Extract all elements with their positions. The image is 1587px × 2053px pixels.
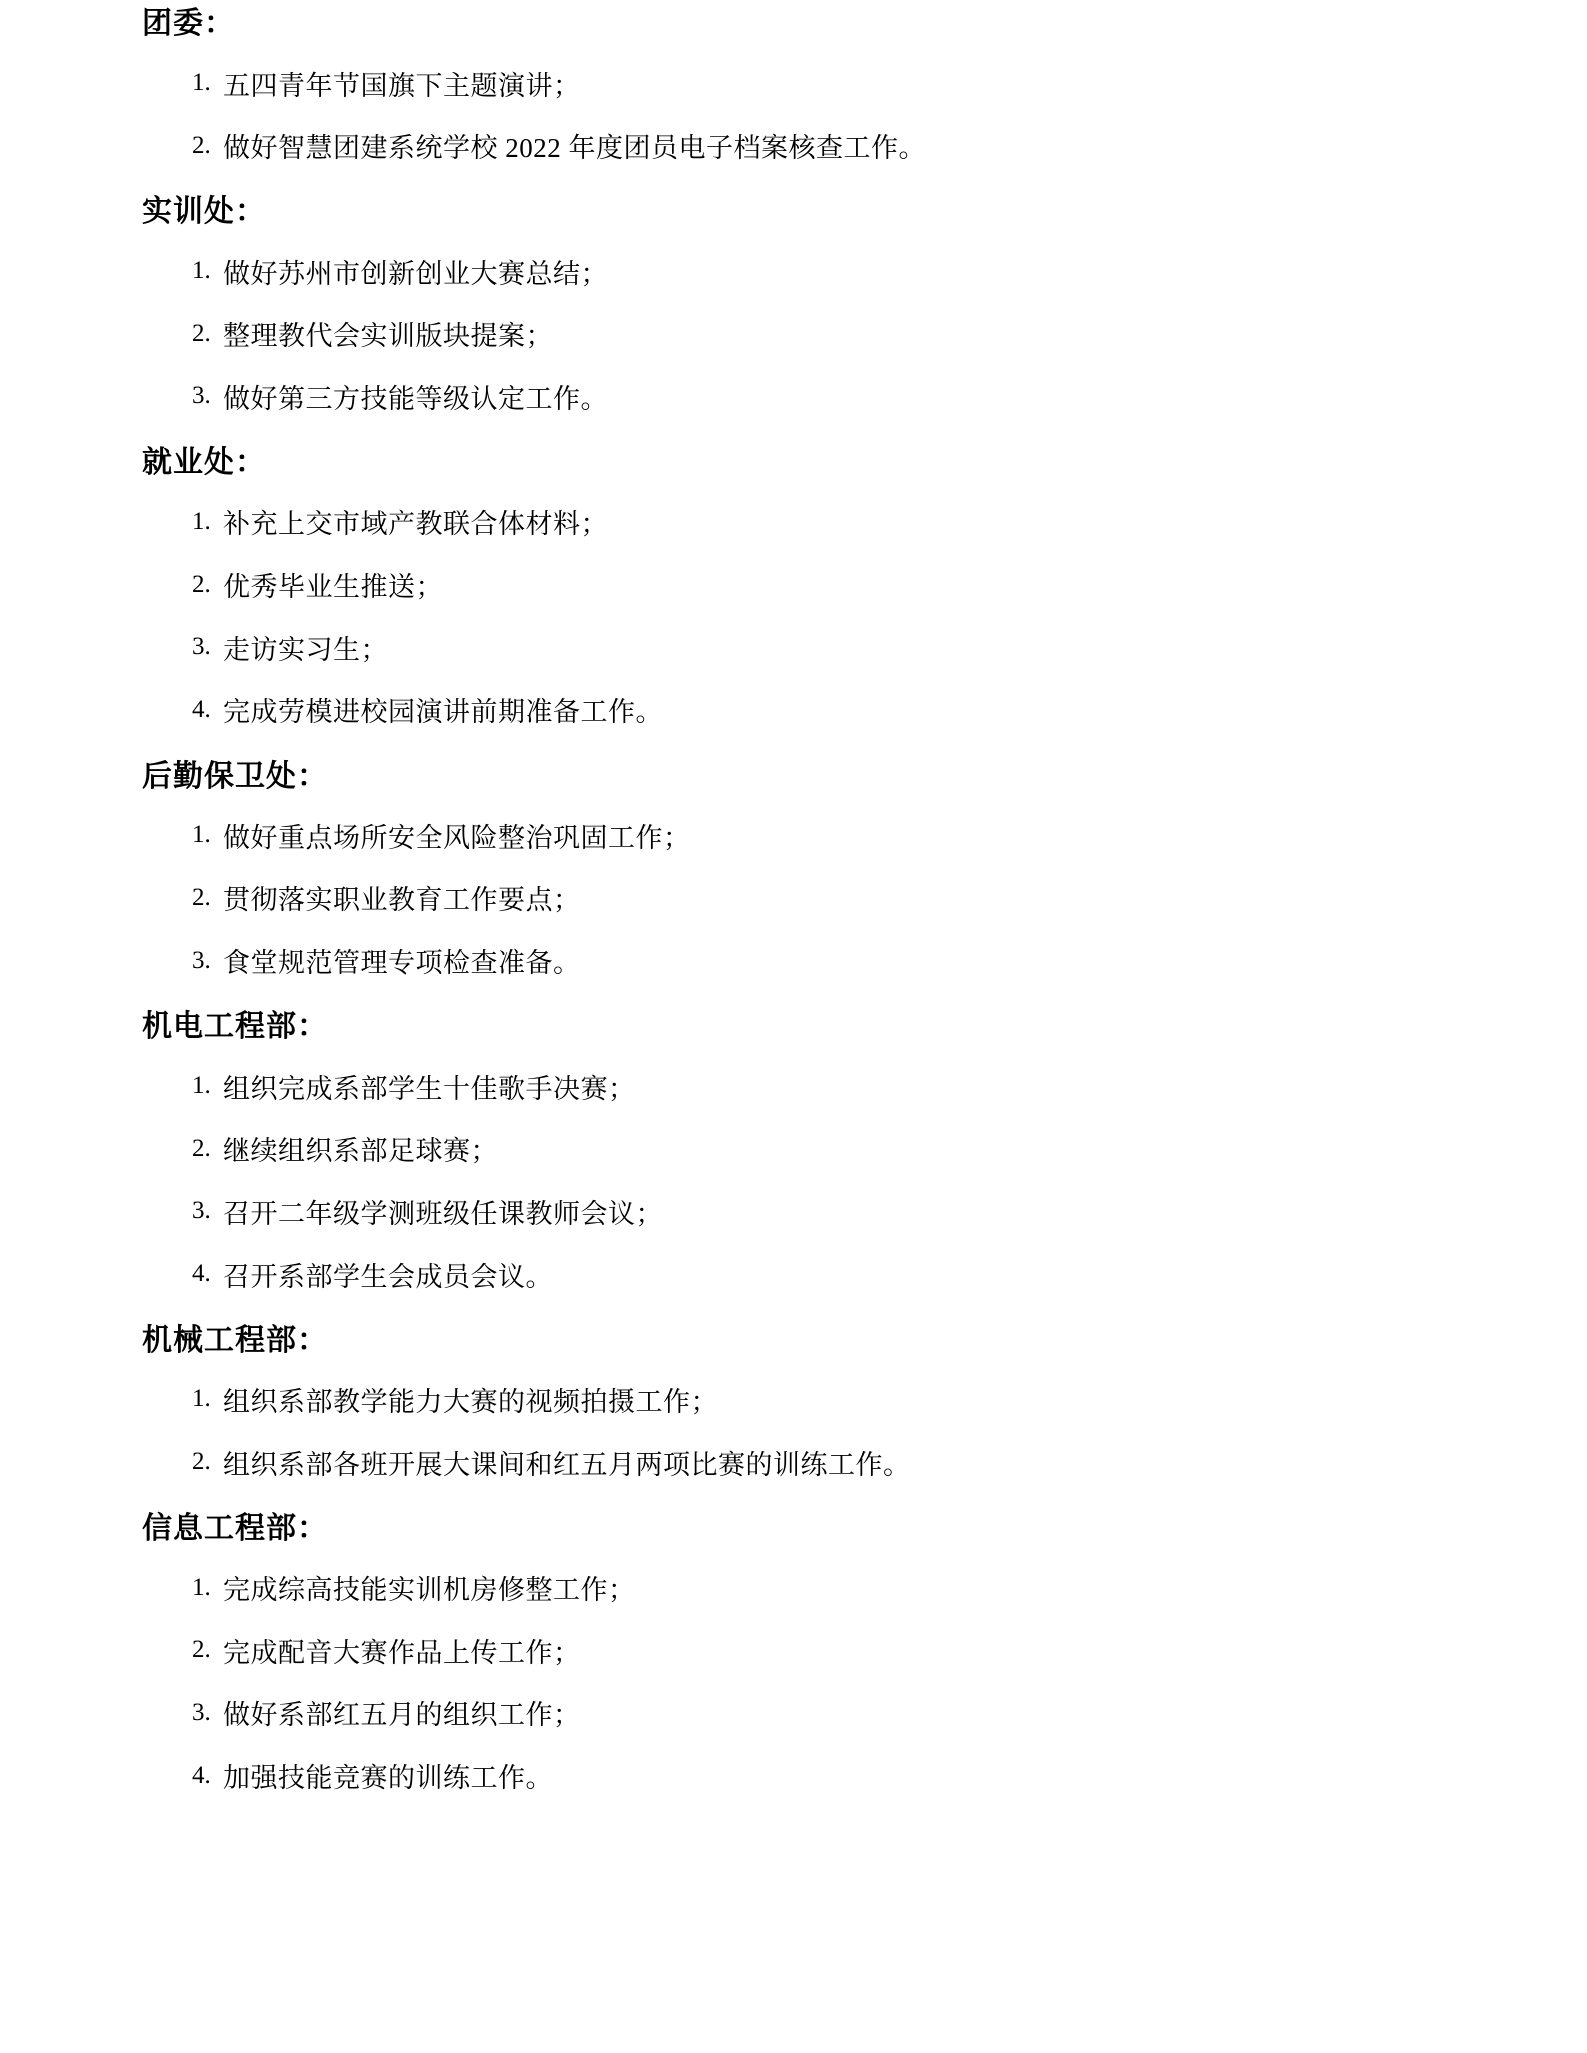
list-item-number: 3. xyxy=(192,1699,223,1727)
list-item-number: 3. xyxy=(192,947,223,975)
list-item-text: 召开二年级学测班级任课教师会议； xyxy=(223,1192,663,1231)
list-item-number: 3. xyxy=(192,633,223,661)
list-item-text: 做好智慧团建系统学校 2022 年度团员电子档案核查工作。 xyxy=(223,126,926,165)
list-item: 1. 做好苏州市创新创业大赛总结； xyxy=(142,240,1547,303)
section-heading-practical-training-office: 实训处： xyxy=(142,177,1547,240)
list-item-number: 1. xyxy=(192,257,223,285)
section-title: 信息工程部： xyxy=(142,1503,328,1547)
section-heading-youth-league-committee: 团委： xyxy=(142,0,1547,52)
list-item-number: 4. xyxy=(192,1762,223,1790)
list-item-text: 完成配音大赛作品上传工作； xyxy=(223,1631,581,1670)
list-item-text: 补充上交市域产教联合体材料； xyxy=(223,502,608,541)
document-page: 团委： 1. 五四青年节国旗下主题演讲； 2. 做好智慧团建系统学校 2022 … xyxy=(0,0,1587,2053)
list-item: 2. 整理教代会实训版块提案； xyxy=(142,302,1547,365)
list-item: 1. 组织完成系部学生十佳歌手决赛； xyxy=(142,1055,1547,1118)
section-heading-employment-office: 就业处： xyxy=(142,428,1547,491)
list-item: 3. 食堂规范管理专项检查准备。 xyxy=(142,929,1547,992)
list-item-number: 1. xyxy=(192,821,223,849)
list-item-number: 3. xyxy=(192,1197,223,1225)
list-item-text: 做好第三方技能等级认定工作。 xyxy=(223,377,608,416)
section-title: 实训处： xyxy=(142,186,266,230)
section-heading-information-engineering-dept: 信息工程部： xyxy=(142,1494,1547,1557)
list-item-text: 食堂规范管理专项检查准备。 xyxy=(223,941,581,980)
list-item-number: 1. xyxy=(192,1574,223,1602)
section-heading-mechanical-engineering-dept: 机械工程部： xyxy=(142,1305,1547,1368)
list-item-number: 2. xyxy=(192,1636,223,1664)
list-item: 1. 五四青年节国旗下主题演讲； xyxy=(142,52,1547,115)
list-item-text: 贯彻落实职业教育工作要点； xyxy=(223,878,581,917)
list-item-number: 2. xyxy=(192,571,223,599)
list-item-number: 2. xyxy=(192,1448,223,1476)
section-title: 就业处： xyxy=(142,437,266,481)
list-item-text: 优秀毕业生推送； xyxy=(223,565,443,604)
list-item: 4. 完成劳模进校园演讲前期准备工作。 xyxy=(142,679,1547,742)
list-item: 2. 优秀毕业生推送； xyxy=(142,553,1547,616)
list-item: 4. 召开系部学生会成员会议。 xyxy=(142,1243,1547,1306)
list-item: 3. 走访实习生； xyxy=(142,616,1547,679)
list-item-text: 组织完成系部学生十佳歌手决赛； xyxy=(223,1067,636,1106)
list-item: 4. 加强技能竞赛的训练工作。 xyxy=(142,1744,1547,1807)
list-item: 2. 完成配音大赛作品上传工作； xyxy=(142,1619,1547,1682)
list-item-text: 完成劳模进校园演讲前期准备工作。 xyxy=(223,690,663,729)
list-item: 1. 做好重点场所安全风险整治巩固工作； xyxy=(142,804,1547,867)
list-item-text: 走访实习生； xyxy=(223,628,388,667)
list-item-text: 做好重点场所安全风险整治巩固工作； xyxy=(223,816,691,855)
list-item-text: 做好苏州市创新创业大赛总结； xyxy=(223,252,608,291)
list-item-number: 1. xyxy=(192,1072,223,1100)
list-item-number: 1. xyxy=(192,508,223,536)
list-item: 2. 贯彻落实职业教育工作要点； xyxy=(142,867,1547,930)
list-item-number: 4. xyxy=(192,696,223,724)
list-item-number: 2. xyxy=(192,320,223,348)
list-item: 2. 做好智慧团建系统学校 2022 年度团员电子档案核查工作。 xyxy=(142,114,1547,177)
list-item-text: 继续组织系部足球赛； xyxy=(223,1129,498,1168)
list-item-text: 整理教代会实训版块提案； xyxy=(223,314,553,353)
list-item-text: 加强技能竞赛的训练工作。 xyxy=(223,1756,553,1795)
section-heading-electromechanical-engineering-dept: 机电工程部： xyxy=(142,992,1547,1055)
list-item: 1. 完成综高技能实训机房修整工作； xyxy=(142,1556,1547,1619)
list-item-text: 组织系部各班开展大课间和红五月两项比赛的训练工作。 xyxy=(223,1443,911,1482)
list-item-number: 1. xyxy=(192,69,223,97)
list-item: 1. 补充上交市域产教联合体材料； xyxy=(142,491,1547,554)
section-heading-logistics-security-office: 后勤保卫处： xyxy=(142,741,1547,804)
list-item: 1. 组织系部教学能力大赛的视频拍摄工作； xyxy=(142,1368,1547,1431)
list-item-text: 做好系部红五月的组织工作； xyxy=(223,1693,581,1732)
list-item-text: 完成综高技能实训机房修整工作； xyxy=(223,1568,636,1607)
list-item-text: 召开系部学生会成员会议。 xyxy=(223,1255,553,1294)
list-item-number: 1. xyxy=(192,1385,223,1413)
list-item: 3. 召开二年级学测班级任课教师会议； xyxy=(142,1180,1547,1243)
list-item-text: 组织系部教学能力大赛的视频拍摄工作； xyxy=(223,1380,718,1419)
list-item: 2. 组织系部各班开展大课间和红五月两项比赛的训练工作。 xyxy=(142,1431,1547,1494)
list-item-number: 3. xyxy=(192,382,223,410)
list-item: 3. 做好系部红五月的组织工作； xyxy=(142,1682,1547,1745)
list-item-text: 五四青年节国旗下主题演讲； xyxy=(223,64,581,103)
list-item: 2. 继续组织系部足球赛； xyxy=(142,1117,1547,1180)
section-title: 后勤保卫处： xyxy=(142,751,328,795)
section-title: 团委： xyxy=(142,0,235,42)
document-body: 团委： 1. 五四青年节国旗下主题演讲； 2. 做好智慧团建系统学校 2022 … xyxy=(142,0,1547,1807)
list-item-number: 2. xyxy=(192,884,223,912)
list-item: 3. 做好第三方技能等级认定工作。 xyxy=(142,365,1547,428)
list-item-number: 2. xyxy=(192,132,223,160)
list-item-number: 4. xyxy=(192,1260,223,1288)
list-item-number: 2. xyxy=(192,1135,223,1163)
section-title: 机械工程部： xyxy=(142,1315,328,1359)
section-title: 机电工程部： xyxy=(142,1001,328,1045)
